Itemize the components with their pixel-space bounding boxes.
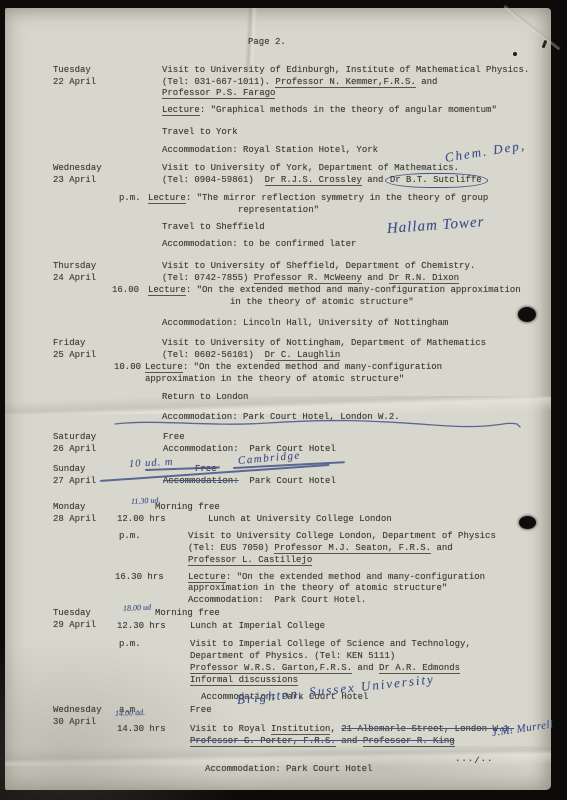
itinerary-line: Accommodation: Park Court Hotel	[163, 444, 336, 454]
pen-circled-text: Dr B.T. Sutcliffe	[385, 173, 488, 188]
date-label: 30 April	[53, 717, 96, 727]
typed-text: Accommodation: Royal Station Hotel, York	[162, 145, 378, 155]
itinerary-line: Professor P.S. Farago	[162, 88, 275, 98]
typed-text: Department of Physics. (Tel: KEN 5111)	[190, 651, 395, 661]
typed-text: Professor N. Kemmer,F.R.S.	[275, 77, 415, 88]
typed-text: and	[336, 736, 363, 746]
handwritten-annotation: Chem. Dep,	[444, 137, 527, 166]
typed-text: Free	[163, 432, 185, 442]
itinerary-line: Lunch at University College London	[208, 514, 392, 524]
itinerary-line: Visit to University College London, Depa…	[188, 531, 496, 541]
time-label: p.m.	[119, 193, 141, 203]
typed-text: approximation in the theory of atomic st…	[145, 374, 404, 384]
typed-text: Professor W.R.S. Garton,F.R.S.	[190, 663, 352, 674]
typed-text: Accommodation: Park Court Hotel	[163, 444, 336, 454]
typed-text: Return to London	[162, 392, 248, 402]
typed-text: Lecture	[145, 362, 183, 373]
itinerary-line: approximation in the theory of atomic st…	[188, 583, 447, 593]
itinerary-line: Accommodation: Park Court Hotel	[205, 764, 372, 774]
typed-text: Dr C. Laughlin	[265, 350, 341, 361]
itinerary-line: approximation in the theory of atomic st…	[145, 374, 404, 384]
typed-text: : "Graphical methods in the theory of an…	[200, 105, 497, 115]
itinerary-line: Informal discussions	[190, 675, 298, 685]
itinerary-line: Professor G. Porter, F.R.S. and Professo…	[190, 736, 455, 746]
typed-text: Lecture	[188, 572, 226, 583]
time-label: 12.30 hrs	[117, 621, 166, 631]
time-label: 12.00 hrs	[117, 514, 166, 524]
day-label: Friday	[53, 338, 85, 348]
typed-text: Professor R. King	[363, 736, 455, 747]
date-label: 28 April	[53, 514, 96, 524]
itinerary-line: Visit to University of Edinburgh, Instit…	[162, 65, 529, 75]
time-label: 16.30 hrs	[115, 572, 164, 582]
itinerary-line: (Tel: EUS 7050) Professor M.J. Seaton, F…	[188, 543, 453, 553]
itinerary-line: Visit to University of York, Department …	[162, 163, 459, 173]
itinerary-line: representation"	[238, 205, 319, 215]
typed-text: Professor M.J. Seaton, F.R.S.	[274, 543, 431, 554]
itinerary-line: (Tel: 0602-56101) Dr C. Laughlin	[162, 350, 340, 360]
typed-text: Travel to Sheffield	[162, 222, 265, 232]
typed-text: Accommodation: Park Court Hotel.	[188, 595, 366, 605]
typed-text: in the theory of atomic structure"	[230, 297, 414, 307]
date-label: 29 April	[53, 620, 96, 630]
typed-text: and	[431, 543, 453, 553]
itinerary-line: Lecture: "On the extended method and man…	[148, 285, 521, 295]
itinerary-line: Visit to Imperial College of Science and…	[190, 639, 471, 649]
day-label: Saturday	[53, 432, 96, 442]
typed-text: (Tel: 0602-56101)	[162, 350, 265, 360]
typed-text: Visit to Imperial College of Science and…	[190, 639, 471, 649]
time-label: 10.00	[114, 362, 141, 372]
typed-text: Institution	[271, 724, 330, 735]
day-label: Thursday	[53, 261, 96, 271]
ink-tick-mark	[542, 40, 547, 48]
date-label: 23 April	[53, 175, 96, 185]
typed-text: Accommodation: to be confirmed later	[162, 239, 356, 249]
itinerary-line: Lecture: "The mirror reflection symmetry…	[148, 193, 488, 203]
itinerary-line: Morning free	[155, 608, 220, 618]
typed-text: Lunch at University College London	[208, 514, 392, 524]
typed-text: approximation in the theory of atomic st…	[188, 583, 447, 593]
itinerary-line: Free	[190, 705, 212, 715]
day-label: Tuesday	[53, 608, 91, 618]
typed-text: Visit to University College London, Depa…	[188, 531, 496, 541]
date-label: 27 April	[53, 476, 96, 486]
typed-text: Park Court Hotel	[239, 476, 336, 486]
typed-text: and	[416, 77, 438, 87]
itinerary-line: Department of Physics. (Tel: KEN 5111)	[190, 651, 395, 661]
typed-text: Accommodation: Park Court Hotel, London …	[162, 412, 400, 422]
typed-text: : "On the extended method and many-confi…	[186, 285, 521, 295]
date-label: 25 April	[53, 350, 96, 360]
typed-text: (Tel: EUS 7050)	[188, 543, 274, 553]
itinerary-line: Professor W.R.S. Garton,F.R.S. and Dr A.…	[190, 663, 460, 673]
day-label: Tuesday	[53, 65, 91, 75]
day-label: Sunday	[53, 464, 85, 474]
itinerary-line: Accommodation: Lincoln Hall, University …	[162, 318, 448, 328]
handwritten-annotation: Hallam Tower	[386, 214, 485, 238]
time-label: 16.00	[112, 285, 139, 295]
page-title: Page 2.	[248, 37, 286, 47]
punch-hole	[518, 307, 536, 322]
date-label: 26 April	[53, 444, 96, 454]
itinerary-line: Free	[163, 432, 185, 442]
typed-text: and	[362, 273, 389, 283]
itinerary-line: Morning free	[155, 502, 220, 512]
typed-text: Visit to University of Nottingham, Depar…	[162, 338, 486, 348]
itinerary-line: Accommodation: to be confirmed later	[162, 239, 356, 249]
typed-text: Lecture	[148, 193, 186, 204]
typed-text: Dr R.N. Dixon	[389, 273, 459, 284]
paper-crease-corner-diagonal	[503, 5, 560, 50]
typed-text: Visit to University of Sheffield, Depart…	[162, 261, 475, 271]
typed-text: (Tel: 031-667-1011).	[162, 77, 275, 87]
typed-text: Lecture	[162, 105, 200, 116]
itinerary-line: Visit to University of Nottingham, Depar…	[162, 338, 486, 348]
typed-text: Accommodation:	[163, 476, 239, 486]
date-label: 24 April	[53, 273, 96, 283]
typed-text: Accommodation: Lincoln Hall, University …	[162, 318, 448, 328]
typed-text: : "On the extended method and many-confi…	[183, 362, 442, 372]
typed-text: representation"	[238, 205, 319, 215]
ink-dot	[513, 52, 517, 56]
itinerary-line: in the theory of atomic structure"	[230, 297, 414, 307]
itinerary-line: (Tel: 0742-7855) Professor R. McWeeny an…	[162, 273, 459, 283]
typed-text: Morning free	[155, 502, 220, 512]
typed-text: Free	[190, 705, 212, 715]
itinerary-line: Visit to Royal Institution, 21 Albemarle…	[190, 724, 514, 734]
typed-text: (Tel: 0742-7855)	[162, 273, 254, 283]
itinerary-line: Visit to University of Sheffield, Depart…	[162, 261, 475, 271]
itinerary-line: Accommodation: Park Court Hotel.	[188, 595, 366, 605]
typed-text: Professor G. Porter, F.R.S.	[190, 736, 336, 747]
typed-text: : "The mirror reflection symmetry in the…	[186, 193, 488, 203]
typed-text: Professor P.S. Farago	[162, 88, 275, 99]
typed-text: Lecture	[148, 285, 186, 296]
day-label: Wednesday	[53, 705, 102, 715]
typed-text: Travel to York	[162, 127, 238, 137]
itinerary-line: Accommodation: Park Court Hotel	[163, 476, 336, 486]
handwritten-annotation: J.M. Murrell	[491, 718, 554, 739]
typed-text: and	[352, 663, 379, 673]
itinerary-line: Accommodation: Royal Station Hotel, York	[162, 145, 378, 155]
itinerary-line: (Tel: 0904-59861) Dr R.J.S. Crossley and…	[162, 175, 483, 185]
typed-text: Morning free	[155, 608, 220, 618]
day-label: Wednesday	[53, 163, 102, 173]
date-label: 22 April	[53, 77, 96, 87]
typed-text: ,	[330, 724, 341, 734]
typed-text: Dr R.J.S. Crossley	[265, 175, 362, 186]
time-label: p.m.	[119, 639, 141, 649]
itinerary-line: Return to London	[162, 392, 248, 402]
scanned-document-photo: { "document": { "page_label": "Page 2.",…	[0, 0, 567, 800]
typed-text: Accommodation: Park Court Hotel	[205, 764, 372, 774]
typed-text: Visit to Royal	[190, 724, 271, 734]
time-label: p.m.	[119, 531, 141, 541]
document-page: Page 2. Tuesday22 AprilVisit to Universi…	[5, 8, 551, 790]
itinerary-line: Professor L. Castillejo	[188, 555, 312, 565]
typed-text: Visit to University of York, Department …	[162, 163, 459, 173]
punch-hole	[519, 516, 536, 529]
itinerary-line: Lecture: "On the extended method and man…	[145, 362, 442, 372]
typed-text: Informal discussions	[190, 675, 298, 686]
itinerary-line: Lecture: "Graphical methods in the theor…	[162, 105, 497, 115]
itinerary-line: Travel to Sheffield	[162, 222, 265, 232]
typed-text: Professor L. Castillejo	[188, 555, 312, 566]
itinerary-line: Accommodation: Park Court Hotel, London …	[162, 412, 400, 422]
itinerary-line: (Tel: 031-667-1011). Professor N. Kemmer…	[162, 77, 437, 87]
itinerary-line: Lunch at Imperial College	[190, 621, 325, 631]
typed-text: 21 Albemarle Street, London W.1.	[341, 724, 514, 734]
typed-text: Visit to University of Edinburgh, Instit…	[162, 65, 529, 75]
typed-text: Professor R. McWeeny	[254, 273, 362, 284]
typed-text: (Tel: 0904-59861)	[162, 175, 265, 185]
handwritten-annotation: 11.30 ud.	[131, 495, 161, 506]
itinerary-line: Travel to York	[162, 127, 238, 137]
typed-text: : "On the extended method and many-confi…	[226, 572, 485, 582]
day-label: Monday	[53, 502, 85, 512]
itinerary-line: Lecture: "On the extended method and man…	[188, 572, 485, 582]
continuation-mark: ···/··	[455, 756, 493, 766]
typed-text: Lunch at Imperial College	[190, 621, 325, 631]
handwritten-annotation: 18.00 ud	[123, 603, 151, 613]
time-label: 14.30 hrs	[117, 724, 166, 734]
handwritten-annotation: 14.00 ud.	[115, 708, 145, 718]
